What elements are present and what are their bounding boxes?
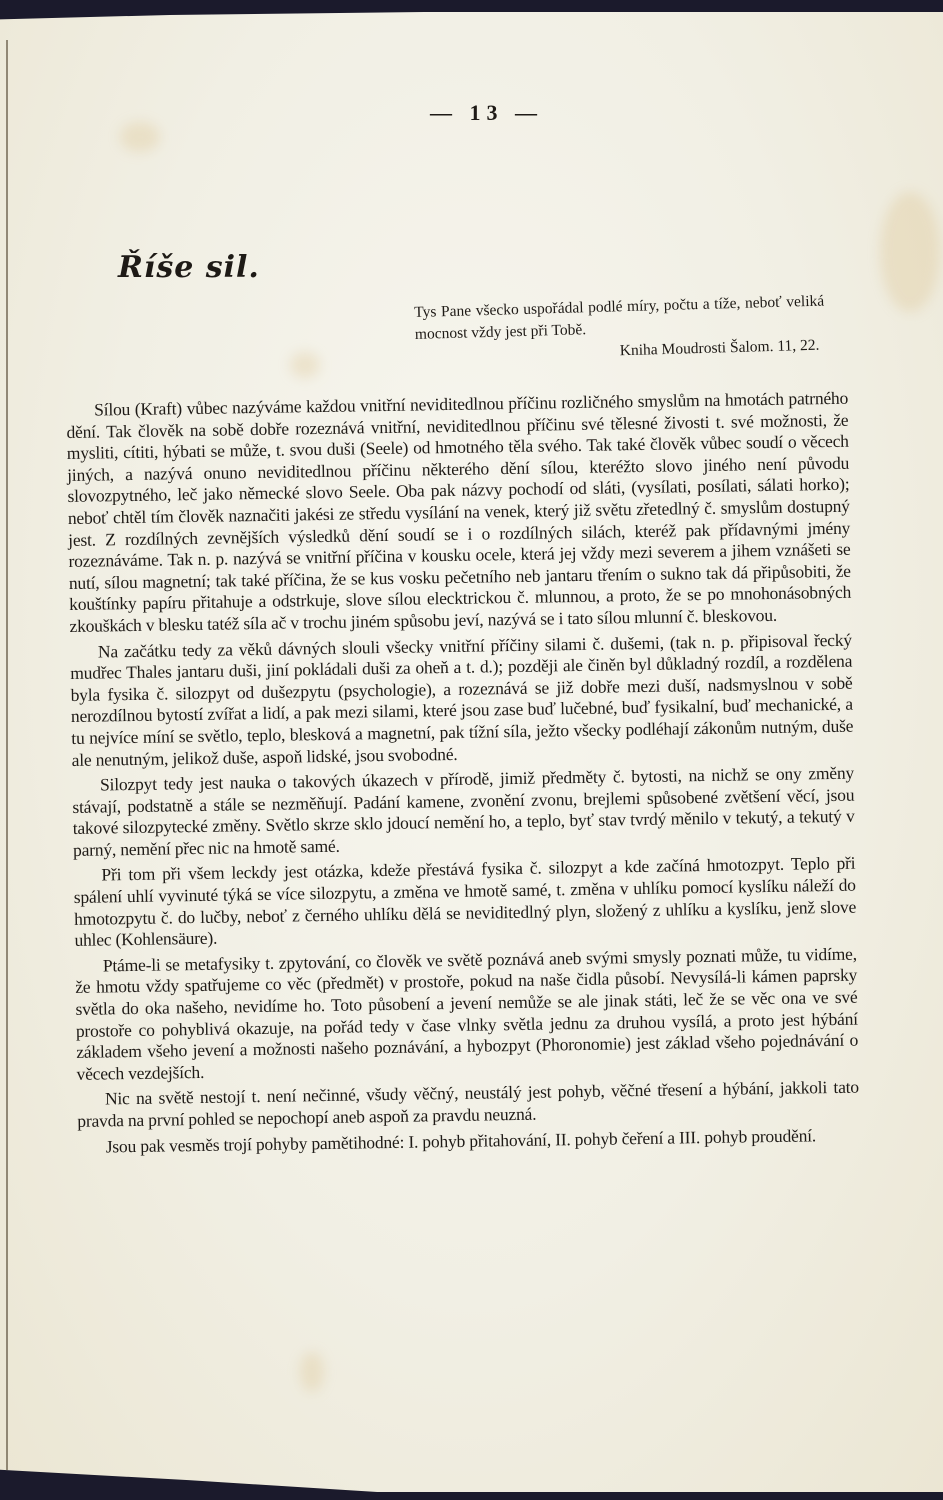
paper-stain <box>880 192 940 312</box>
scanned-page: — 13 — Říše sil. Tys Pane všecko uspořád… <box>0 12 943 1492</box>
page-edge-line <box>6 40 8 1480</box>
paragraph: Při tom při všem leckdy jest otázka, kde… <box>73 853 856 952</box>
page-number: — 13 — <box>0 100 943 126</box>
chapter-title: Říše sil. <box>118 250 260 285</box>
paragraph: Na začátku tedy za věků dávných slouli v… <box>70 629 854 771</box>
paper-stain <box>290 352 320 378</box>
paragraph: Silozpyt tedy jest nauka o takových úkaz… <box>72 763 855 862</box>
paragraph: Sílou (Kraft) vůbec nazýváme každou vnit… <box>66 388 852 638</box>
body-text: Sílou (Kraft) vůbec nazýváme každou vnit… <box>66 388 860 1162</box>
epigraph: Tys Pane všecko uspořádal podlé míry, po… <box>414 291 826 368</box>
paragraph: Ptáme-li se metafysiky t. zpytování, co … <box>75 943 859 1085</box>
paper-stain <box>120 122 160 152</box>
paragraph: Nic na světě nestojí t. není nečinné, vš… <box>77 1077 860 1132</box>
paper-stain <box>300 1352 324 1392</box>
